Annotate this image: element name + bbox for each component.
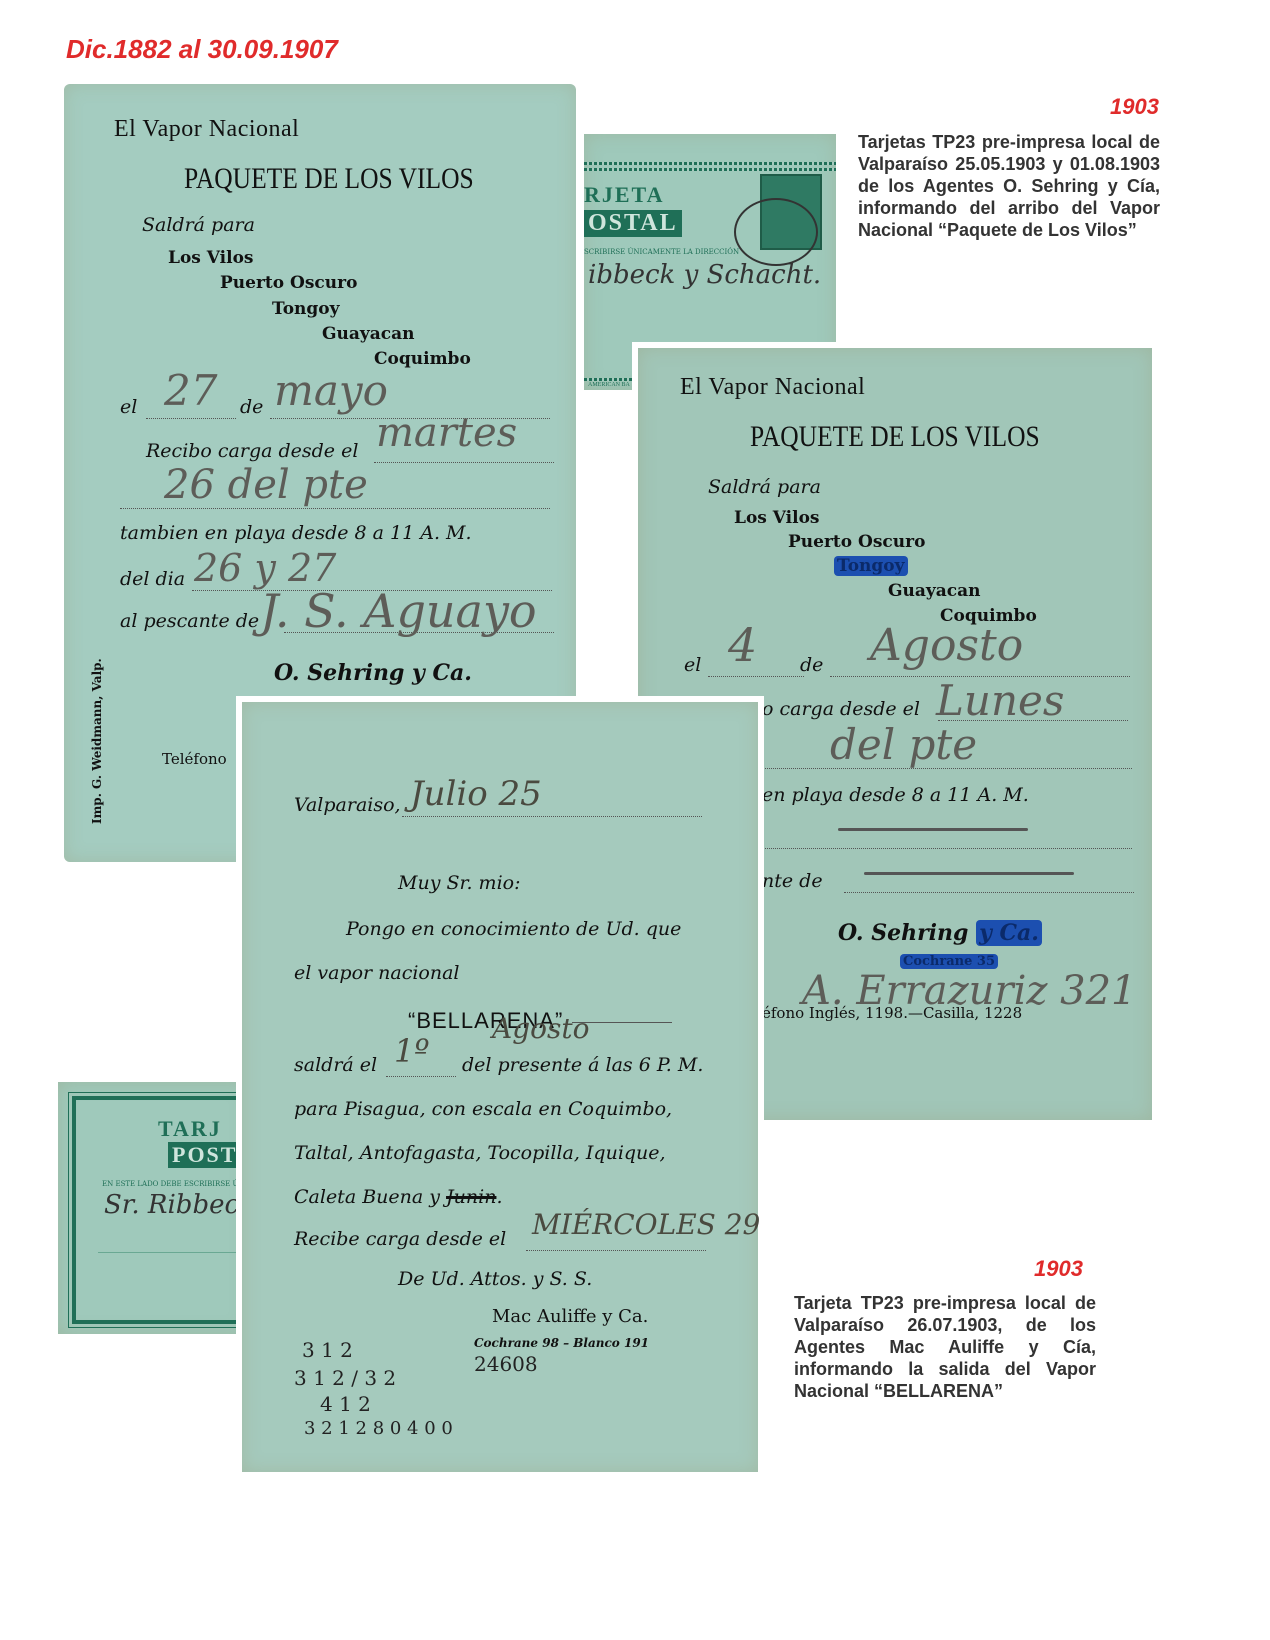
playa-label: tambien en playa desde 8 a 11 A. M. [120, 522, 472, 544]
handwritten-month: Agosto [492, 1012, 589, 1045]
de-label: de [800, 654, 823, 676]
handwritten-month: Agosto [870, 620, 1023, 671]
pen-line [864, 872, 1074, 875]
handwritten-day: 1º [394, 1032, 429, 1070]
address-instruction: SCRIBIRSE ÚNICAMENTE LA DIRECCIÓN [584, 248, 739, 256]
address: Cochrane 98 – Blanco 191 [474, 1336, 649, 1350]
destination-struck: Tongoy [834, 556, 908, 576]
tarjeta-title: TARJ [158, 1116, 222, 1142]
handwritten-date: Julio 25 [410, 774, 542, 814]
recibe-label: Recibe carga desde el [294, 1228, 506, 1250]
signature: Mac Auliffe y Ca. [492, 1306, 648, 1327]
postal-title: POST [168, 1142, 241, 1168]
del-dia-label: del dia [120, 568, 185, 590]
handwritten-recibo-date: del pte [830, 720, 977, 769]
destination: Los Vilos [168, 248, 254, 268]
signature: O. Sehring y Ca. [274, 660, 472, 686]
de-label: de [240, 396, 263, 418]
page-title: Dic.1882 al 30.09.1907 [66, 34, 338, 65]
route-line-2: Taltal, Antofagasta, Tocopilla, Iquique, [294, 1142, 666, 1164]
destination: Puerto Oscuro [788, 532, 925, 552]
tarjeta-title: RJETA [584, 182, 665, 208]
destination: Tongoy [272, 299, 340, 319]
handwritten-number: 24608 [474, 1352, 538, 1376]
body-line-2: el vapor nacional [294, 962, 460, 984]
handwritten-calc: 4 1 2 [320, 1392, 371, 1416]
handwritten-recibo-day: martes [376, 410, 517, 456]
saldra-label: Saldrá para [708, 476, 821, 498]
saldra-label: saldrá el [294, 1054, 377, 1076]
postal-title: OSTAL [584, 210, 682, 237]
signature-struck: y Ca. [976, 920, 1042, 946]
route-line-3: Caleta Buena y Junin. [294, 1186, 502, 1208]
annotation-caption-top: Tarjetas TP23 pre-impresa local de Valpa… [858, 131, 1160, 241]
destination: Guayacan [322, 324, 415, 344]
handwritten-calc: 3 2 1 2 8 0 4 0 0 [304, 1418, 453, 1439]
port-struck: Junin [446, 1186, 496, 1208]
address-instruction: EN ESTE LADO DEBE ESCRIBIRSE Ú [102, 1180, 238, 1188]
pescante-label: al pescante de [120, 610, 259, 632]
handwritten-month: mayo [274, 366, 388, 415]
salutation: Muy Sr. mio: [398, 872, 521, 894]
handwritten-pescante: J. S. Aguayo [260, 584, 537, 638]
recibo-label: Recibo carga desde el [146, 440, 358, 462]
signature: O. Sehring y Ca. [838, 920, 1042, 946]
destination: Guayacan [888, 581, 981, 601]
printer-footer: AMERICAN BA [588, 382, 630, 388]
ship-name: PAQUETE DE LOS VILOS [750, 420, 1040, 454]
annotation-year-bottom: 1903 [1034, 1256, 1083, 1282]
annotation-year-top: 1903 [1110, 94, 1159, 120]
addressee: ibbeck y Schacht. [588, 260, 821, 290]
handwritten-recibo-day: Lunes [936, 676, 1064, 725]
pen-line [838, 828, 1028, 831]
destination: Los Vilos [734, 508, 820, 528]
saldra-label: Saldrá para [142, 214, 255, 236]
card-heading: El Vapor Nacional [114, 116, 299, 143]
telefono-line: éfono Inglés, 1198.—Casilla, 1228 [762, 1004, 1022, 1022]
handwritten-calc: 3 1 2 / 3 2 [294, 1366, 396, 1390]
pescante-label: nte de [762, 870, 823, 892]
handwritten-day: 4 [728, 618, 757, 672]
handwritten-calc: 3 1 2 [302, 1338, 353, 1362]
handwritten-recibe-day: MIÉRCOLES 29 [532, 1208, 760, 1241]
recibo-label: o carga desde el [762, 698, 920, 720]
addressee: Sr. Ribbeck [104, 1190, 255, 1220]
handwritten-recibo-date: 26 del pte [164, 462, 368, 508]
signature-main: O. Sehring [838, 920, 968, 946]
body-line-1: Pongo en conocimiento de Ud. que [346, 918, 681, 940]
address-struck: Cochrane 35 [900, 954, 998, 969]
telefono-label: Teléfono [162, 750, 227, 768]
route-line-1: para Pisagua, con escala en Coquimbo, [294, 1098, 672, 1120]
postal-card-front-bottom: TARJ POST EN ESTE LADO DEBE ESCRIBIRSE Ú… [58, 1082, 248, 1334]
printer-imprint: Imp. G. Weidmann, Valp. [90, 658, 104, 824]
closing: De Ud. Attos. y S. S. [398, 1268, 592, 1290]
postcard-bellarena: Valparaiso, Julio 25 Muy Sr. mio: Pongo … [236, 696, 764, 1478]
destination: Puerto Oscuro [220, 273, 357, 293]
el-label: el [120, 396, 137, 418]
card-heading: El Vapor Nacional [680, 374, 865, 401]
destination: Coquimbo [374, 349, 471, 369]
ship-name: PAQUETE DE LOS VILOS [184, 162, 474, 196]
handwritten-day: 27 [164, 366, 217, 415]
place-label: Valparaiso, [294, 794, 401, 816]
playa-label: en playa desde 8 a 11 A. M. [762, 784, 1029, 806]
presente-line: del presente á las 6 P. M. [462, 1054, 703, 1076]
postmark-icon [734, 198, 818, 266]
annotation-caption-bottom: Tarjeta TP23 pre-impresa local de Valpar… [794, 1292, 1096, 1402]
el-label: el [684, 654, 701, 676]
